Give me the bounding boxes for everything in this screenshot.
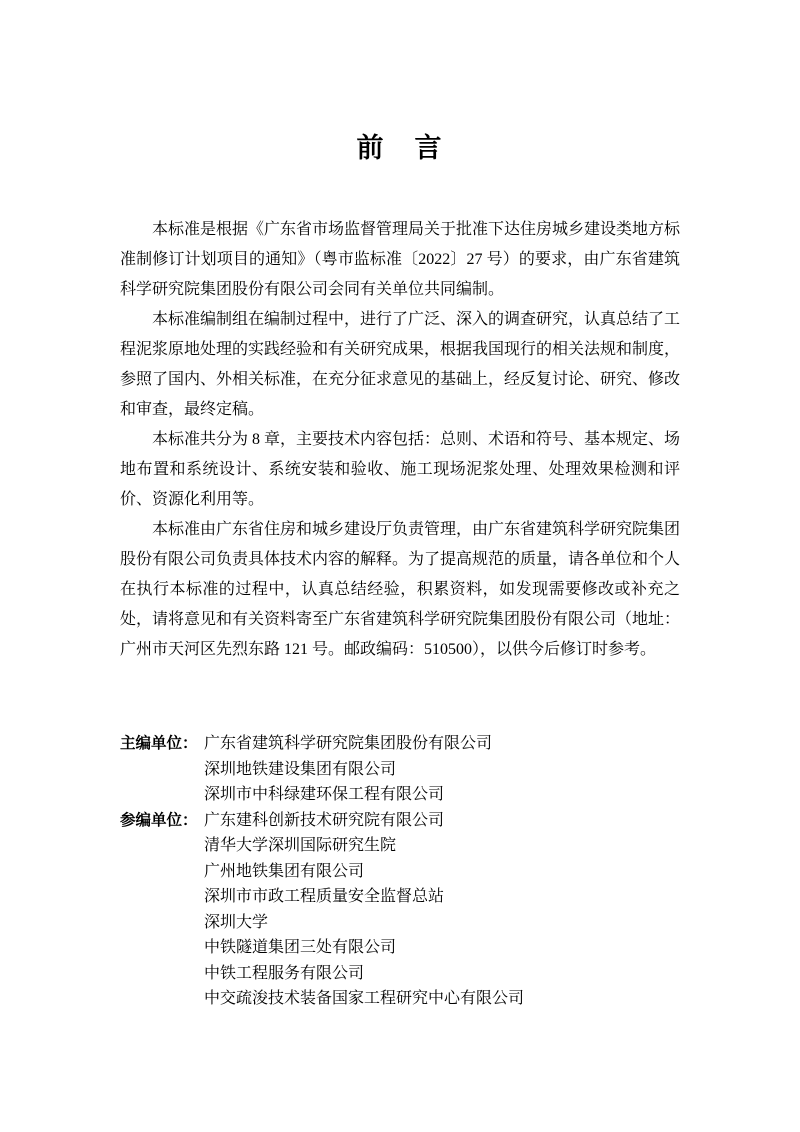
participating-units-label: 参编单位：: [120, 808, 204, 834]
units-section: 主编单位： 广东省建筑科学研究院集团股份有限公司 深圳地铁建设集团有限公司 深圳…: [120, 731, 680, 1012]
unit-row: 深圳市市政工程质量安全监督总站: [120, 884, 680, 910]
unit-org-name: 深圳市市政工程质量安全监督总站: [204, 884, 680, 910]
unit-org-name: 广东省建筑科学研究院集团股份有限公司: [204, 731, 680, 757]
document-page: 前 言 本标准是根据《广东省市场监督管理局关于批准下达住房城乡建设类地方标准制修…: [0, 0, 800, 1132]
foreword-paragraph-2: 本标准编制组在编制过程中，进行了广泛、深入的调查研究，认真总结了工程泥浆原地处理…: [120, 305, 680, 425]
unit-row: 中铁工程服务有限公司: [120, 961, 680, 987]
foreword-paragraph-4: 本标准由广东省住房和城乡建设厅负责管理，由广东省建筑科学研究院集团股份有限公司负…: [120, 515, 680, 665]
unit-org-name: 广州地铁集团有限公司: [204, 859, 680, 885]
unit-row: 中交疏浚技术装备国家工程研究中心有限公司: [120, 986, 680, 1012]
unit-row: 清华大学深圳国际研究生院: [120, 833, 680, 859]
page-title: 前 言: [120, 133, 680, 163]
unit-org-name: 深圳市中科绿建环保工程有限公司: [204, 782, 680, 808]
unit-org-name: 深圳大学: [204, 910, 680, 936]
unit-org-name: 中铁工程服务有限公司: [204, 961, 680, 987]
chief-units-label: 主编单位：: [120, 731, 204, 757]
unit-row: 广州地铁集团有限公司: [120, 859, 680, 885]
unit-row: 深圳大学: [120, 910, 680, 936]
unit-row: 主编单位： 广东省建筑科学研究院集团股份有限公司: [120, 731, 680, 757]
unit-row: 深圳市中科绿建环保工程有限公司: [120, 782, 680, 808]
unit-row: 参编单位： 广东建科创新技术研究院有限公司: [120, 808, 680, 834]
unit-org-name: 深圳地铁建设集团有限公司: [204, 757, 680, 783]
unit-org-name: 中交疏浚技术装备国家工程研究中心有限公司: [204, 986, 680, 1012]
unit-row: 中铁隧道集团三处有限公司: [120, 935, 680, 961]
unit-row: 深圳地铁建设集团有限公司: [120, 757, 680, 783]
unit-org-name: 清华大学深圳国际研究生院: [204, 833, 680, 859]
foreword-body: 本标准是根据《广东省市场监督管理局关于批准下达住房城乡建设类地方标准制修订计划项…: [120, 215, 680, 665]
foreword-paragraph-3: 本标准共分为 8 章，主要技术内容包括：总则、术语和符号、基本规定、场地布置和系…: [120, 425, 680, 515]
unit-org-name: 中铁隧道集团三处有限公司: [204, 935, 680, 961]
unit-org-name: 广东建科创新技术研究院有限公司: [204, 808, 680, 834]
foreword-paragraph-1: 本标准是根据《广东省市场监督管理局关于批准下达住房城乡建设类地方标准制修订计划项…: [120, 215, 680, 305]
